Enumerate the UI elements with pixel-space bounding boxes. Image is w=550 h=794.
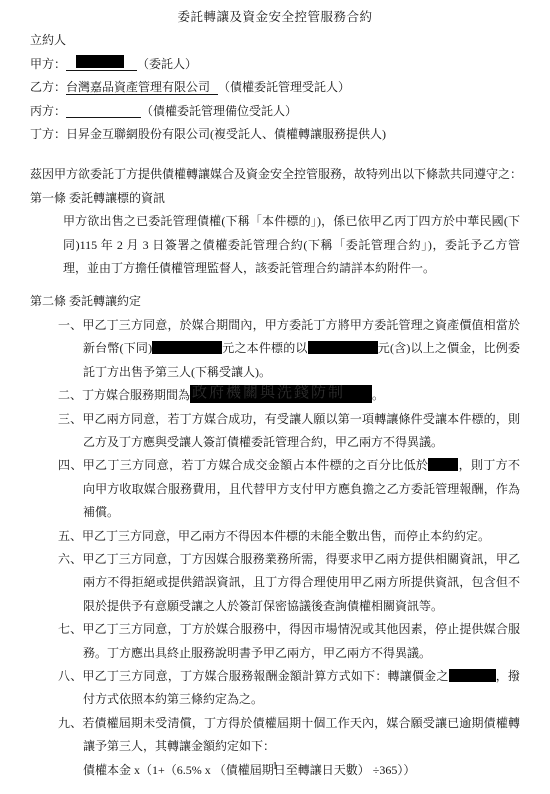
redaction-box — [152, 341, 222, 354]
party-line-party-c: 丙方：（債權委託管理備位受託人） — [30, 100, 520, 123]
clause-marker: 五、 — [58, 529, 82, 543]
text-segment: 甲乙丁三方同意，丁方因媒合服務業務所需，得要求甲乙兩方提供相關資訊，甲乙兩方不得… — [82, 552, 520, 613]
blank-underline — [66, 101, 141, 118]
text-segment: 甲乙兩方同意，若丁方媒合成功，有受讓人願以第一項轉讓條件受讓本件標的，則乙方及丁… — [82, 412, 520, 449]
party-line-party-d: 丁方：日昇金互聯網股份有限公司(複受託人、債權轉讓服務提供人) — [30, 123, 520, 146]
article-heading: 第二條 委託轉讓約定 — [30, 290, 520, 313]
spacer — [30, 146, 520, 163]
articles-container: 第一條 委託轉讓標的資訊甲方欲出售之已委託管理債權(下稱「本件標的」)，係已依甲… — [30, 187, 520, 782]
clause-marker: 四、 — [58, 458, 83, 472]
blank-underline — [66, 54, 137, 71]
clause-8: 八、甲乙丁三方同意，丁方媒合服務報酬金額計算方式如下：轉讓價金之，撥付方式依照本… — [58, 665, 520, 712]
document-title: 委託轉讓及資金安全控管服務合約 — [30, 6, 520, 29]
redaction-box — [428, 458, 458, 471]
text-segment: 甲乙丁三方同意，甲乙兩方不得因本件標的未能全數出售，而停止本約約定。 — [82, 529, 490, 543]
page-number: 1 — [0, 755, 550, 778]
text-segment: （委託人） — [137, 57, 197, 71]
parties-list: 甲方：（委託人）乙方：台灣嘉品資產管理有限公司 （債權委託管理受託人）丙方：（債… — [30, 53, 520, 147]
clause-3: 三、甲乙兩方同意，若丁方媒合成功，有受讓人願以第一項轉讓條件受讓本件標的，則乙方… — [58, 408, 520, 455]
article-heading: 第一條 委託轉讓標的資訊 — [30, 187, 520, 210]
underlined-text: 台灣嘉品資產管理有限公司 — [66, 80, 218, 95]
party-line-party-b: 乙方：台灣嘉品資產管理有限公司 （債權委託管理受託人） — [30, 76, 520, 99]
text-segment: 甲乙丁三方同意，丁方媒合服務報酬金額計算方式如下：轉讓價金之 — [82, 669, 448, 683]
text-segment: 元之本件標的以 — [222, 341, 307, 355]
clause-marker: 一、 — [58, 318, 82, 332]
text-segment: 乙方： — [30, 80, 66, 94]
text-segment: 若債權屆期未受清償，丁方得於債權屆期十個工作天內，媒合願受讓已逾期債權轉讓予第三… — [82, 716, 520, 753]
article-paragraph: 甲方欲出售之已委託管理債權(下稱「本件標的」)，係已依甲乙丙丁四方於中華民國(下… — [63, 210, 520, 280]
clause-marker: 八、 — [58, 669, 82, 683]
preamble-text: 茲因甲方欲委託丁方提供債權轉讓媒合及資金安全控管服務，故特列出以下條款共同遵守之… — [30, 163, 520, 186]
text-segment: 丁方：日昇金互聯網股份有限公司(複受託人、債權轉讓服務提供人) — [30, 127, 386, 141]
party-line-party-a: 甲方：（委託人） — [30, 53, 520, 76]
clause-1: 一、甲乙丁三方同意，於媒合期間內，甲方委託丁方將甲方委託管理之資產價值相當於新台… — [58, 314, 520, 384]
text-segment: 甲方： — [30, 57, 66, 71]
redaction-box — [308, 341, 378, 354]
text-segment: 丁方媒合服務期間為 — [82, 388, 190, 402]
clause-7: 七、甲乙丁三方同意，丁方於媒合服務中，得因市場情況或其他因素，停止提供媒合服務。… — [58, 618, 520, 665]
clause-marker: 六、 — [58, 552, 82, 566]
clause-5: 五、甲乙丁三方同意，甲乙兩方不得因本件標的未能全數出售，而停止本約約定。 — [58, 525, 520, 548]
text-segment: 。 — [372, 388, 384, 402]
text-segment: 丙方： — [30, 104, 66, 118]
contract-page: 委託轉讓及資金安全控管服務合約 立約人 甲方：（委託人）乙方：台灣嘉品資產管理有… — [0, 0, 550, 794]
clause-2: 二、丁方媒合服務期間為政府機關與洗錢防制。 — [58, 384, 520, 407]
clause-4: 四、甲乙丁三方同意，若丁方媒合成交金額占本件標的之百分比低於，則丁方不向甲方收取… — [58, 454, 520, 524]
parties-heading: 立約人 — [30, 29, 520, 52]
clause-marker: 三、 — [58, 412, 82, 426]
clause-marker: 二、 — [58, 388, 82, 402]
text-segment: 甲乙丁三方同意，若丁方媒合成交金額占本件標的之百分比低於 — [83, 458, 429, 472]
redaction-box: 政府機關與洗錢防制 — [190, 385, 372, 403]
text-segment: （債權委託管理備位受託人） — [141, 104, 297, 118]
clause-marker: 九、 — [58, 716, 82, 730]
clause-marker: 七、 — [58, 622, 82, 636]
redaction-box — [76, 55, 124, 68]
redaction-box — [449, 669, 496, 682]
text-segment: （債權委託管理受託人） — [218, 80, 350, 94]
spacer — [30, 280, 520, 290]
clause-6: 六、甲乙丁三方同意，丁方因媒合服務業務所需，得要求甲乙兩方提供相關資訊，甲乙兩方… — [58, 548, 520, 618]
text-segment: 甲乙丁三方同意，丁方於媒合服務中，得因市場情況或其他因素，停止提供媒合服務。丁方… — [82, 622, 520, 659]
